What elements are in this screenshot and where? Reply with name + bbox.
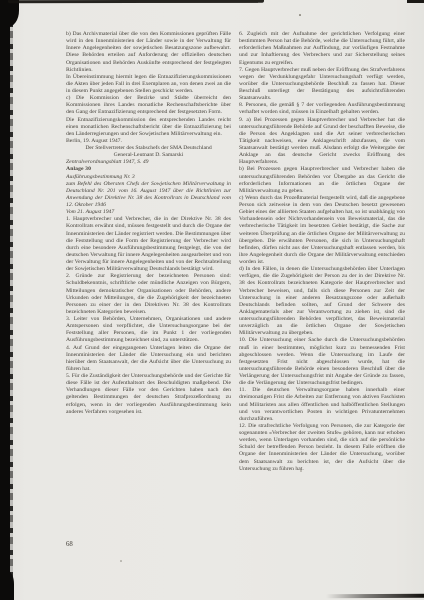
regulation-subtitle: zum Befehl des Obersten Chefs der Sowjet…: [66, 181, 231, 210]
numbered-item-2: 2. Gründe zur Registrierung der bezeichn…: [66, 273, 231, 316]
scan-edge-top-thin: [140, 2, 258, 3]
left-column: b) Das Archivmaterial über die von den K…: [66, 31, 231, 576]
numbered-item-9d: d) In den Fällen, in denen die Untersuch…: [239, 266, 405, 337]
numbered-item-10: 10. Die Untersuchung einer Sache durch d…: [239, 337, 405, 387]
scan-blob-bottom-left: [0, 571, 14, 600]
numbered-item-1: 1. Hauptverbrecher und Verbrecher, die i…: [66, 216, 231, 273]
scan-edge-bottom-right: [326, 594, 424, 598]
signature-line-1: Der Stellvertreter des Stabschefs der SM…: [66, 145, 231, 152]
numbered-item-7: 7. Gegen Hauptverbrecher muß neben der E…: [239, 67, 405, 103]
numbered-item-5: 5. Für die Zuständigkeit der Untersuchun…: [66, 373, 231, 416]
scanned-document-page: b) Das Archivmaterial über die von den K…: [0, 0, 424, 600]
right-column: 6. Zugleich mit der Aufnahme der gericht…: [239, 31, 405, 576]
numbered-item-9c: c) Wenn durch das Prozeßmaterial festges…: [239, 195, 405, 266]
signature-line-2: General-Leutnant D. Samarski: [66, 152, 231, 159]
dust-speck: [299, 14, 301, 16]
paragraph-b: b) Das Archivmaterial über die von den K…: [66, 31, 231, 74]
annex-label: Anlage 30: [66, 166, 231, 173]
scan-edge-top-right: [407, 0, 424, 3]
numbered-item-4: 4. Auf Grund der eingegangenen Unterlage…: [66, 345, 231, 374]
numbered-item-9a: 9. a) Bei Prozessen gegen Hauptverbreche…: [239, 117, 405, 167]
paragraph-c: c) Die Kommission der Bezirke und Städte…: [66, 95, 231, 116]
regulation-date: Vom 21. August 1947: [66, 209, 231, 216]
paragraph-entnazifizierung: Die Entnazifizierungskommission des ents…: [66, 117, 231, 138]
numbered-item-9b: b) Bei Prozessen gegen Hauptverbrecher u…: [239, 166, 405, 195]
scan-edge-left: [0, 0, 10, 600]
scan-edge-left-ragged: [10, 0, 13, 600]
scan-corner-top-left: [0, 0, 19, 27]
numbered-item-6: 6. Zugleich mit der Aufnahme der gericht…: [239, 31, 405, 67]
numbered-item-3: 3. Leiter von Behörden, Unternehmen, Org…: [66, 316, 231, 345]
numbered-item-8: 8. Personen, die gemäß § 7 der vorliegen…: [239, 102, 405, 116]
regulation-title: Ausführungsbestimmung Nr. 3: [66, 174, 231, 181]
paragraph-uebereinstimmung: In Übereinstimmung hiermit legen die Ent…: [66, 74, 231, 95]
page-number: 68: [66, 541, 73, 548]
numbered-item-12: 12. Die strafrechtliche Verfolgung von P…: [239, 423, 405, 473]
numbered-item-11: 11. Die deutschen Verwaltungsorgane habe…: [239, 387, 405, 423]
dateline: Berlin, 19. August 1947.: [66, 138, 231, 145]
source-note: Zentralverordnungsblatt 1947, S. 49: [66, 159, 231, 166]
